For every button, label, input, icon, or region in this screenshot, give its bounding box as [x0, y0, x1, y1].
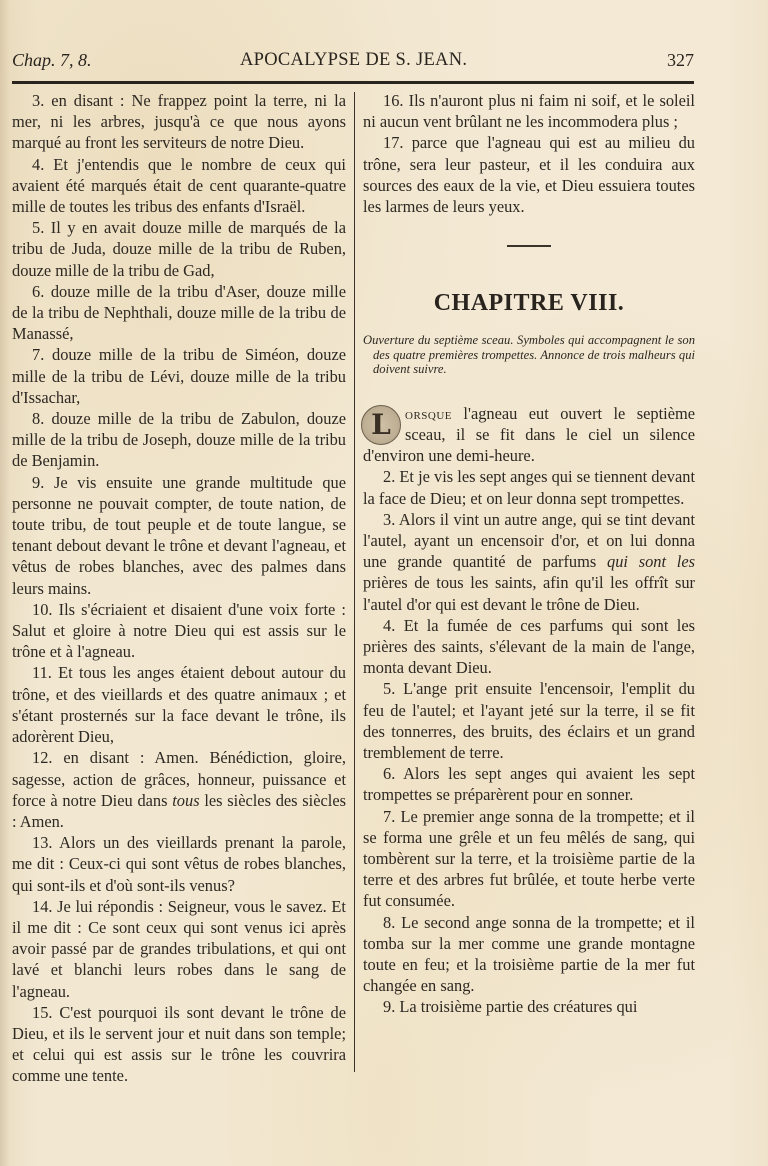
book-page: Chap. 7, 8. APOCALYPSE DE S. JEAN. 327 3…	[0, 0, 768, 1166]
verse-7-17: 17. parce que l'agneau qui est au milieu…	[363, 132, 695, 217]
italic-emphasis: tous	[172, 791, 199, 810]
verse-7-10: 10. Ils s'écriaient et disaient d'une vo…	[12, 599, 346, 663]
opening-small-caps: orsque	[405, 404, 452, 423]
verse-8-8: 8. Le second ange sonna de la trompette;…	[363, 912, 695, 997]
running-head: Chap. 7, 8. APOCALYPSE DE S. JEAN. 327	[12, 50, 694, 76]
section-ornament-rule	[507, 245, 551, 247]
book-title: APOCALYPSE DE S. JEAN.	[240, 50, 467, 71]
verse-8-5: 5. L'ange prit ensuite l'encensoir, l'em…	[363, 678, 695, 763]
right-column: 16. Ils n'auront plus ni faim ni soif, e…	[363, 90, 695, 1018]
verse-8-3: 3. Alors il vint un autre ange, qui se t…	[363, 509, 695, 615]
verse-8-7: 7. Le premier ange sonna de la trompette…	[363, 806, 695, 912]
verse-7-5: 5. Il y en avait douze mille de marqués …	[12, 217, 346, 281]
chapter-summary: Ouverture du septième sceau. Symboles qu…	[363, 333, 695, 377]
italic-emphasis: qui sont les	[607, 552, 695, 571]
verse-8-9: 9. La troisième partie des créatures qui	[363, 996, 695, 1017]
page-number: 327	[667, 50, 694, 71]
chapter-reference: Chap. 7, 8.	[12, 50, 92, 71]
chapter-title: CHAPITRE VIII.	[363, 289, 695, 317]
verse-7-3: 3. en disant : Ne frappez point la terre…	[12, 90, 346, 154]
verse-7-4: 4. Et j'entendis que le nombre de ceux q…	[12, 154, 346, 218]
left-column: 3. en disant : Ne frappez point la terre…	[12, 90, 346, 1087]
verse-8-1: Lorsque l'agneau eut ouvert le septième …	[363, 403, 695, 467]
verse-7-6: 6. douze mille de la tribu d'Aser, douze…	[12, 281, 346, 345]
verse-7-12: 12. en disant : Amen. Bénédiction, gloir…	[12, 747, 346, 832]
verse-7-7: 7. douze mille de la tribu de Siméon, do…	[12, 344, 346, 408]
verse-7-13: 13. Alors un des vieillards prenant la p…	[12, 832, 346, 896]
ornamental-drop-cap-icon: L	[361, 405, 401, 445]
verse-8-2: 2. Et je vis les sept anges qui se tienn…	[363, 466, 695, 508]
verse-7-8: 8. douze mille de la tribu de Zabulon, d…	[12, 408, 346, 472]
verse-7-16: 16. Ils n'auront plus ni faim ni soif, e…	[363, 90, 695, 132]
column-divider	[354, 92, 355, 1072]
verse-8-4: 4. Et la fumée de ces parfums qui sont l…	[363, 615, 695, 679]
header-rule	[12, 81, 694, 84]
verse-7-14: 14. Je lui répondis : Seigneur, vous le …	[12, 896, 346, 1002]
verse-8-6: 6. Alors les sept anges qui avaient les …	[363, 763, 695, 805]
verse-7-15: 15. C'est pourquoi ils sont devant le tr…	[12, 1002, 346, 1087]
verse-7-11: 11. Et tous les anges étaient debout aut…	[12, 662, 346, 747]
verse-7-9: 9. Je vis ensuite une grande multitude q…	[12, 472, 346, 599]
